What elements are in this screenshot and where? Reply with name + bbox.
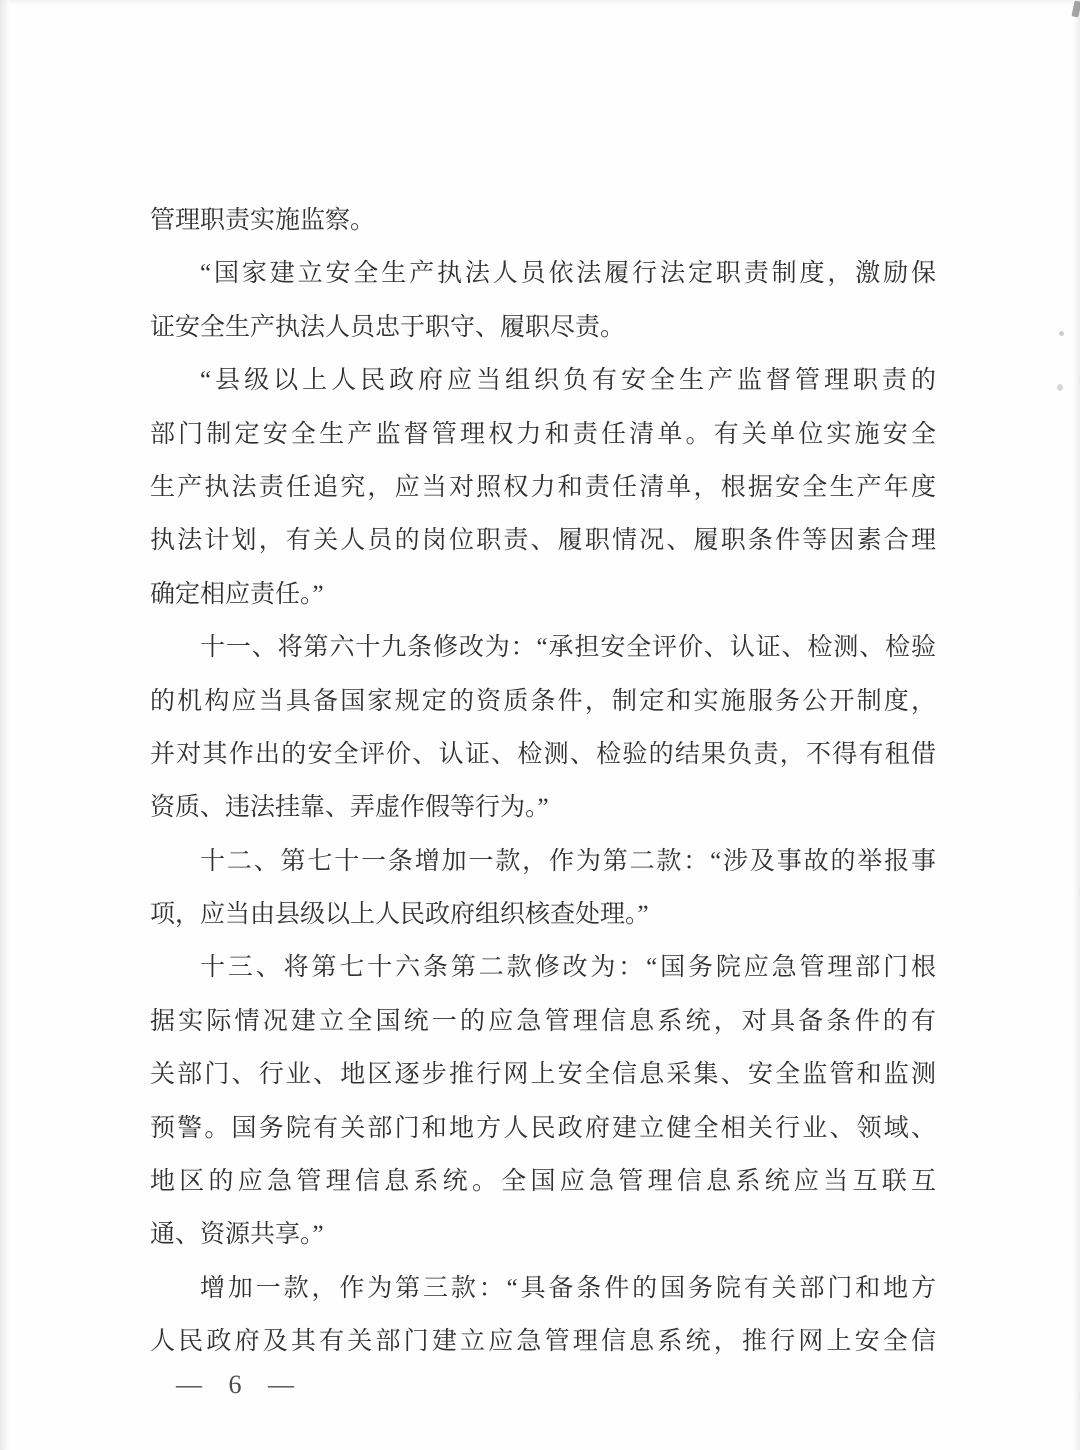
document-text-block: 管理职责实施监察。“国家建立安全生产执法人员依法履行法定职责制度，激励保证安全生… — [150, 194, 936, 1369]
text-line-9: 十一、将第六十九条修改为：“承担安全评价、认证、检测、检验 — [150, 621, 936, 674]
page-background: 管理职责实施监察。“国家建立安全生产执法人员依法履行法定职责制度，激励保证安全生… — [0, 0, 1080, 1450]
scan-artifact-dot — [1057, 384, 1063, 391]
text-line-5: 部门制定安全生产监督管理权力和责任清单。有关单位实施安全 — [150, 408, 936, 461]
text-line-4: “县级以上人民政府应当组织负有安全生产监督管理职责的 — [150, 354, 936, 407]
text-line-15: 十三、将第七十六条第二款修改为：“国务院应急管理部门根 — [150, 941, 936, 994]
text-line-13: 十二、第七十一条增加一款，作为第二款：“涉及事故的举报事 — [150, 835, 936, 888]
page-number-footer: — 6 — — [176, 1370, 296, 1400]
text-line-17: 关部门、行业、地区逐步推行网上安全信息采集、安全监管和监测 — [150, 1048, 936, 1101]
text-line-16: 据实际情况建立全国统一的应急管理信息系统，对具备条件的有 — [150, 995, 936, 1048]
text-line-1: 管理职责实施监察。 — [150, 194, 936, 247]
text-line-18: 预警。国务院有关部门和地方人民政府建立健全相关行业、领域、 — [150, 1102, 936, 1155]
text-line-10: 的机构应当具备国家规定的资质条件，制定和实施服务公开制度， — [150, 675, 936, 728]
text-line-14: 项，应当由县级以上人民政府组织核查处理。” — [150, 888, 936, 941]
text-line-2: “国家建立安全生产执法人员依法履行法定职责制度，激励保 — [150, 247, 936, 300]
scan-edge-right — [1073, 0, 1080, 1450]
text-line-3: 证安全生产执法人员忠于职守、履职尽责。 — [150, 301, 936, 354]
text-line-22: 人民政府及其有关部门建立应急管理信息系统，推行网上安全信 — [150, 1315, 936, 1368]
scanned-document-page: { "page": { "number": "6", "footer_text"… — [0, 0, 1080, 1450]
text-line-20: 通、资源共享。” — [150, 1208, 936, 1261]
scan-artifact-dot — [1059, 331, 1064, 336]
scan-edge-top — [0, 0, 1080, 5]
text-line-11: 并对其作出的安全评价、认证、检测、检验的结果负责，不得有租借 — [150, 728, 936, 781]
text-line-8: 确定相应责任。” — [150, 568, 936, 621]
text-line-19: 地区的应急管理信息系统。全国应急管理信息系统应当互联互 — [150, 1155, 936, 1208]
text-line-21: 增加一款，作为第三款：“具备条件的国务院有关部门和地方 — [150, 1262, 936, 1315]
text-line-7: 执法计划，有关人员的岗位职责、履职情况、履职条件等因素合理 — [150, 514, 936, 567]
text-line-6: 生产执法责任追究，应当对照权力和责任清单，根据安全生产年度 — [150, 461, 936, 514]
text-line-12: 资质、违法挂靠、弄虚作假等行为。” — [150, 781, 936, 834]
scan-edge-left — [0, 0, 9, 1450]
